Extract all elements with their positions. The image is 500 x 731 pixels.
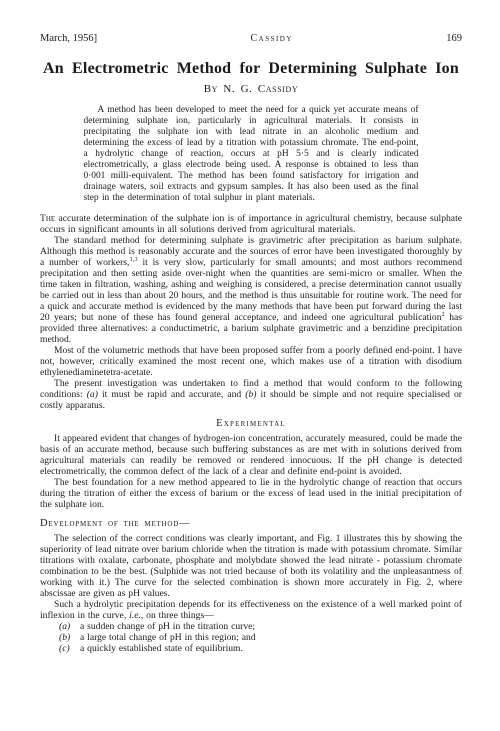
list-item-marker: (a) (59, 621, 80, 632)
intro-paragraph-1: The accurate determination of the sulpha… (40, 213, 462, 235)
development-paragraph-2: Such a hydrolytic precipitation depends … (40, 599, 462, 621)
list-item: (c) a quickly established state of equil… (40, 643, 462, 654)
list-item: (a) a sudden change of pH in the titrati… (40, 621, 462, 632)
list-item: (b) a large total change of pH in this r… (40, 632, 462, 643)
experimental-paragraph-1: It appeared evident that changes of hydr… (40, 433, 462, 477)
journal-page: March, 1956] Cassidy 169 An Electrometri… (0, 0, 500, 731)
conditions-list: (a) a sudden change of pH in the titrati… (40, 621, 462, 654)
list-item-marker: (b) (59, 632, 80, 643)
running-author: Cassidy (250, 33, 292, 44)
list-item-marker: (c) (59, 643, 80, 654)
list-item-text: a large total change of pH in this regio… (80, 632, 462, 643)
development-paragraph-1: The selection of the correct conditions … (40, 533, 462, 599)
italic-label-a: (a) (87, 389, 98, 400)
issue-date: March, 1956] (40, 33, 97, 44)
paragraph-text: Such a hydrolytic precipitation depends … (40, 599, 462, 621)
paragraph-text: it must be rapid and accurate, and (98, 389, 245, 400)
italic-ie: i.e. (129, 610, 141, 621)
article-title: An Electrometric Method for Determining … (40, 60, 462, 78)
running-head: March, 1956] Cassidy 169 (40, 33, 462, 44)
intro-paragraph-4: The present investigation was undertaken… (40, 378, 462, 411)
lead-word: The (40, 213, 55, 224)
abstract: A method has been developed to meet the … (84, 105, 419, 204)
section-heading-experimental: Experimental (40, 418, 462, 429)
paragraph-text: , on three things— (141, 610, 214, 621)
paragraph-text: accurate determination of the sulphate i… (40, 213, 462, 235)
article-body: The accurate determination of the sulpha… (40, 213, 462, 654)
subsection-heading-development: Development of the method— (40, 518, 462, 529)
intro-paragraph-2: The standard method for determining sulp… (40, 235, 462, 345)
experimental-paragraph-2: The best foundation for a new method app… (40, 477, 462, 510)
intro-paragraph-3: Most of the volumetric methods that have… (40, 345, 462, 378)
italic-label-b: (b) (245, 389, 256, 400)
byline: By N. G. Cassidy (40, 83, 462, 95)
reference-superscript: 1,3 (129, 256, 137, 263)
page-number: 169 (446, 33, 462, 44)
list-item-text: a sudden change of pH in the titration c… (80, 621, 462, 632)
list-item-text: a quickly established state of equilibri… (80, 643, 462, 654)
